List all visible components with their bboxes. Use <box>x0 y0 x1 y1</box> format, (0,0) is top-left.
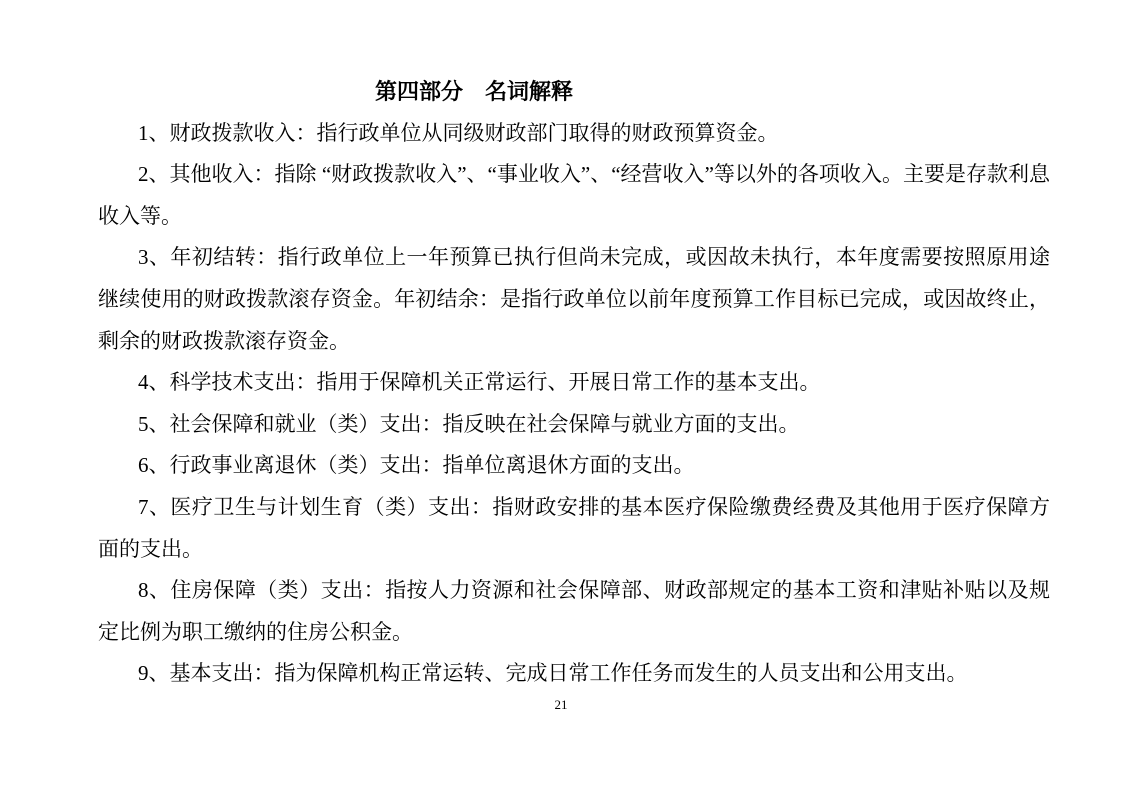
page-number: 21 <box>0 697 1122 713</box>
paragraph-definition-1: 1、财政拨款收入：指行政单位从同级财政部门取得的财政预算资金。 <box>98 113 1050 155</box>
document-content: 第四部分 名词解释 1、财政拨款收入：指行政单位从同级财政部门取得的财政预算资金… <box>98 71 1050 695</box>
paragraph-definition-9: 9、基本支出：指为保障机构正常运转、完成日常工作任务而发生的人员支出和公用支出。 <box>98 653 1050 695</box>
paragraph-definition-4: 4、科学技术支出：指用于保障机关正常运行、开展日常工作的基本支出。 <box>98 362 1050 404</box>
paragraph-definition-2: 2、其他收入：指除 “财政拨款收入”、“事业收入”、“经营收入”等以外的各项收入… <box>98 154 1050 237</box>
section-title: 第四部分 名词解释 <box>98 71 1050 113</box>
paragraph-definition-7: 7、医疗卫生与计划生育（类）支出：指财政安排的基本医疗保险缴费经费及其他用于医疗… <box>98 487 1050 570</box>
document-page: 第四部分 名词解释 1、财政拨款收入：指行政单位从同级财政部门取得的财政预算资金… <box>0 0 1122 793</box>
paragraph-definition-6: 6、行政事业离退休（类）支出：指单位离退休方面的支出。 <box>98 445 1050 487</box>
paragraph-definition-3: 3、年初结转：指行政单位上一年预算已执行但尚未完成，或因故未执行，本年度需要按照… <box>98 237 1050 362</box>
paragraph-definition-5: 5、社会保障和就业（类）支出：指反映在社会保障与就业方面的支出。 <box>98 404 1050 446</box>
paragraph-definition-8: 8、住房保障（类）支出：指按人力资源和社会保障部、财政部规定的基本工资和津贴补贴… <box>98 570 1050 653</box>
